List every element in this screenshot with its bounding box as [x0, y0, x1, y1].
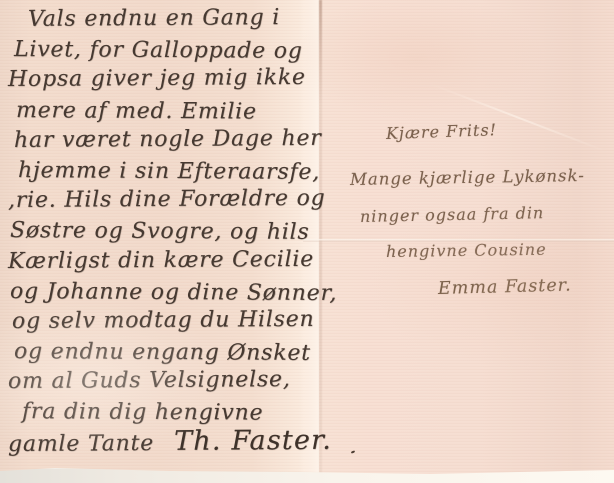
letter-paper: Vals endnu en Gang i Livet, for Galloppa… — [0, 0, 614, 474]
sender-signature: Emma Faster. — [438, 276, 572, 299]
handwritten-line: Kærligst din kære Cecilie — [8, 244, 320, 276]
handwritten-line: har været nogle Dage her — [8, 124, 320, 156]
handwritten-line: Hopsa giver jeg mig ikke — [8, 63, 320, 95]
sender-signature: Th. Faster. — [174, 425, 332, 456]
handwritten-line: Søstre og Svogre, og hils — [8, 216, 320, 248]
handwritten-line: hengivne Cousine — [386, 240, 547, 261]
closing-line: gamle Tante Th. Faster. — [8, 425, 320, 457]
handwritten-line: Vals endnu en Gang i — [8, 3, 320, 35]
right-page: Kjære Frits! Mange kjærlige Lykønsk- nin… — [336, 0, 614, 474]
handwritten-line: og selv modtag du Hilsen — [8, 305, 320, 337]
left-page: Vals endnu en Gang i Livet, for Galloppa… — [8, 5, 320, 458]
handwritten-line: ,rie. Hils dine Forældre og — [8, 184, 320, 216]
closing-prefix: gamle Tante — [8, 429, 154, 460]
handwritten-line: om al Guds Velsignelse, — [8, 365, 320, 397]
handwritten-line: ninger ogsaa fra din — [360, 203, 545, 226]
handwritten-line: Mange kjærlige Lykønsk- — [350, 166, 585, 189]
salutation: Kjære Frits! — [386, 120, 498, 143]
handwritten-line: mere af med. Emilie — [8, 96, 320, 128]
letter-scan: Vals endnu en Gang i Livet, for Galloppa… — [0, 0, 614, 483]
handwritten-line: og Johanne og dine Sønner, — [8, 277, 320, 309]
